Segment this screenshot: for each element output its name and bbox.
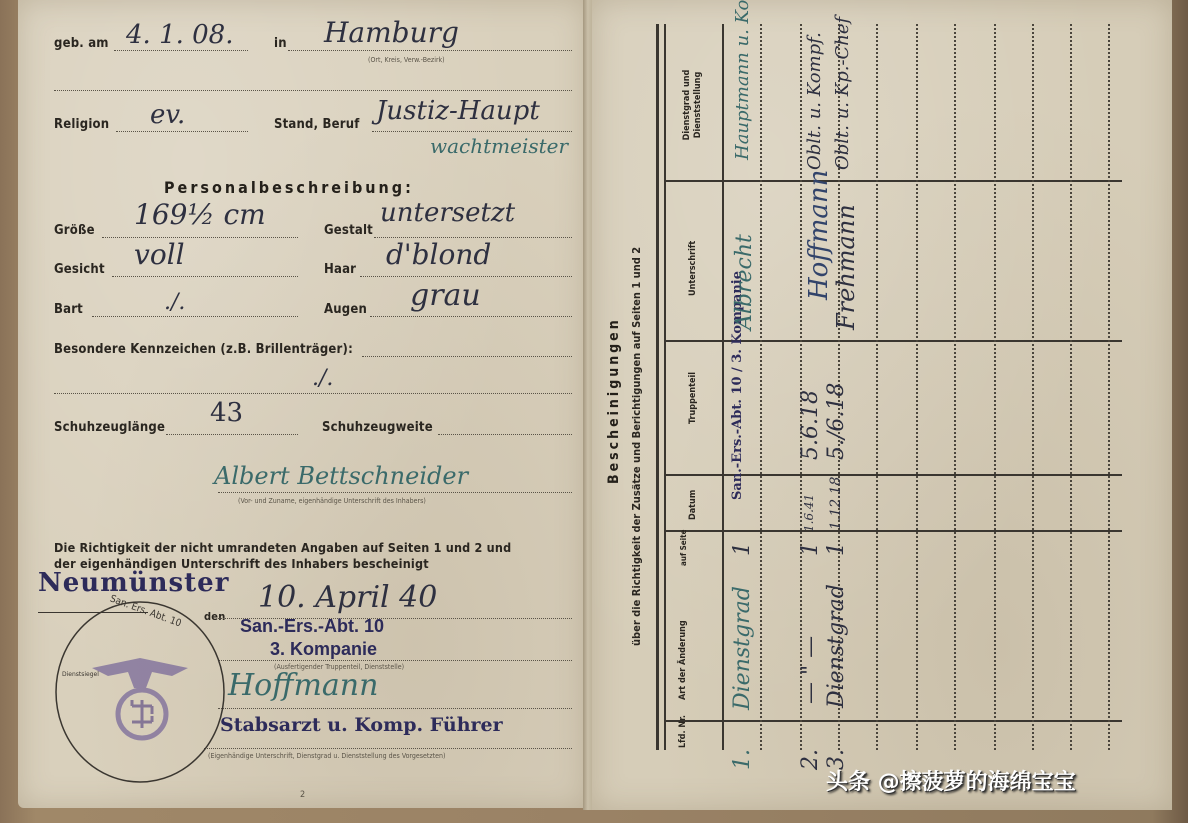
row-rule-5 [664, 720, 1122, 722]
height-label: Größe [54, 223, 95, 238]
birth-place-caption: (Ort, Kreis, Verw.-Bezirk) [368, 56, 445, 64]
shoe-length-value: 43 [210, 398, 243, 428]
date-value: 10. April 40 [258, 580, 437, 615]
entry-line-10 [1108, 24, 1110, 750]
shoe-width-label: Schuhzeugweite [322, 420, 433, 435]
row2-unterschrift: Hoffmann [804, 170, 834, 300]
row1-art: Dienstgrad [730, 586, 755, 710]
face-line [112, 276, 298, 277]
entry-line-1 [760, 24, 762, 750]
officer-signature: Hoffmann [228, 668, 378, 703]
col-header-datum: Datum [688, 490, 699, 520]
certification-text-1: Die Richtigkeit der nicht umrandeten Ang… [54, 540, 511, 555]
row2-dienstgrad: Oblt. u. Kompf. [804, 32, 825, 170]
special-marks-line-2 [54, 393, 572, 394]
entry-line-4 [876, 24, 878, 750]
face-label: Gesicht [54, 262, 105, 277]
birth-date-line [114, 50, 248, 51]
row1-nr: 1. [730, 749, 755, 770]
height-line [102, 237, 298, 238]
row-rule-4 [664, 530, 1122, 532]
officer-signature-line [218, 708, 572, 709]
table-frame-left-inner [664, 24, 666, 750]
holder-signature-caption: (Vor- und Zuname, eigenhändige Unterschr… [238, 497, 426, 505]
build-label: Gestalt [324, 223, 373, 238]
certifications-title: Bescheinigungen [606, 317, 622, 484]
build-value: untersetzt [380, 198, 515, 228]
entry-line-7 [994, 24, 996, 750]
shoe-width-line [438, 434, 572, 435]
officer-rank-line [204, 748, 572, 749]
birth-place-label: in [274, 36, 287, 51]
special-marks-label: Besondere Kennzeichen (z.B. Brillenträge… [54, 342, 353, 357]
col-header-nr: Lfd. Nr. [678, 715, 689, 748]
birth-place-line [288, 50, 572, 51]
religion-line [116, 131, 248, 132]
right-page: Bescheinigungen über die Richtigkeit der… [592, 0, 1172, 810]
place-stamp: Neumünster [38, 568, 229, 598]
row1-seite: 1 [730, 542, 755, 556]
birth-date-label: geb. am [54, 36, 109, 51]
row2-art: — " — [798, 636, 823, 704]
entry-line-8 [1032, 24, 1034, 750]
entry-line-6 [954, 24, 956, 750]
special-marks-line [362, 356, 572, 357]
beard-label: Bart [54, 302, 83, 317]
shoe-length-label: Schuhzeuglänge [54, 420, 165, 435]
face-value: voll [134, 238, 185, 271]
hair-value: d'blond [386, 238, 491, 271]
hair-line [360, 276, 572, 277]
page-number: 2 [300, 790, 305, 800]
row2-seite: 1 [798, 542, 823, 556]
officer-rank: Stabsarzt u. Komp. Führer [220, 714, 503, 736]
watermark: 头条 @擦菠萝的海绵宝宝 [826, 765, 1076, 796]
blank-line [54, 90, 572, 91]
personal-description-title: Personalbeschreibung: [164, 178, 414, 197]
row3-truppenteil: 5./6.18 [824, 383, 849, 460]
beard-line [92, 316, 298, 317]
official-seal-icon: Dienstsiegel [52, 596, 232, 786]
birth-place-value: Hamburg [324, 16, 459, 49]
col-header-unterschrift: Unterschrift [688, 241, 699, 296]
religion-label: Religion [54, 117, 109, 132]
left-page: geb. am 4. 1. 08. in Hamburg (Ort, Kreis… [18, 0, 586, 808]
row2-truppenteil: 5.6.18 [798, 390, 823, 460]
row1-dienstgrad: Hauptmann u. Komp. Chef [732, 0, 753, 160]
holder-signature: Albert Bettschneider [214, 462, 468, 490]
shoe-length-line [166, 434, 298, 435]
col-header-dienstgrad: Dienstgrad und Dienststellung [682, 50, 704, 160]
unit-stamp-line1: San.-Ers.-Abt. 10 [240, 616, 384, 637]
hair-label: Haar [324, 262, 356, 277]
row3-unterschrift: Frehmann [832, 204, 860, 330]
svg-text:Dienstsiegel: Dienstsiegel [62, 671, 99, 678]
unit-stamp-line2: 3. Kompanie [270, 639, 377, 660]
row3-dienstgrad: Oblt. u. Kp.-Chef [832, 17, 853, 170]
officer-caption: (Eigenhändige Unterschrift, Dienstgrad u… [208, 752, 446, 760]
occupation-label: Stand, Beruf [274, 117, 360, 132]
unit-line [218, 660, 572, 661]
occupation-value-line1: Justiz-Haupt [376, 96, 540, 126]
entry-line-9 [1070, 24, 1072, 750]
eyes-line [370, 316, 572, 317]
height-value: 169½ cm [134, 198, 266, 231]
row3-art: Dienstgrad [824, 584, 849, 708]
row3-seite: 1 [824, 542, 849, 556]
col-header-truppenteil: Truppenteil [688, 372, 699, 424]
eyes-label: Augen [324, 302, 367, 317]
row1-unterschrift: Albrecht [732, 234, 757, 330]
row2-datum: 1.6.41 [802, 494, 816, 532]
religion-value: ev. [150, 100, 185, 130]
col-header-art: Art der Änderung [678, 620, 689, 700]
row3-datum: 1.12.18 [828, 477, 844, 530]
col-header-seite: auf Seite [678, 530, 689, 566]
occupation-line [372, 131, 572, 132]
beard-value: ./. [164, 290, 185, 315]
holder-signature-line [218, 492, 572, 493]
special-marks-value: ./. [312, 366, 333, 391]
certifications-subtitle: über die Richtigkeit der Zusätze und Ber… [630, 247, 643, 646]
row-rule-1 [664, 180, 1122, 182]
table-header-divider [722, 24, 724, 750]
entry-line-5 [916, 24, 918, 750]
table-frame-left [656, 24, 659, 750]
row2-nr: 2. [798, 749, 823, 770]
birth-date-value: 4. 1. 08. [126, 20, 234, 50]
eyes-value: grau [410, 278, 481, 313]
occupation-value-line2: wachtmeister [430, 134, 568, 158]
